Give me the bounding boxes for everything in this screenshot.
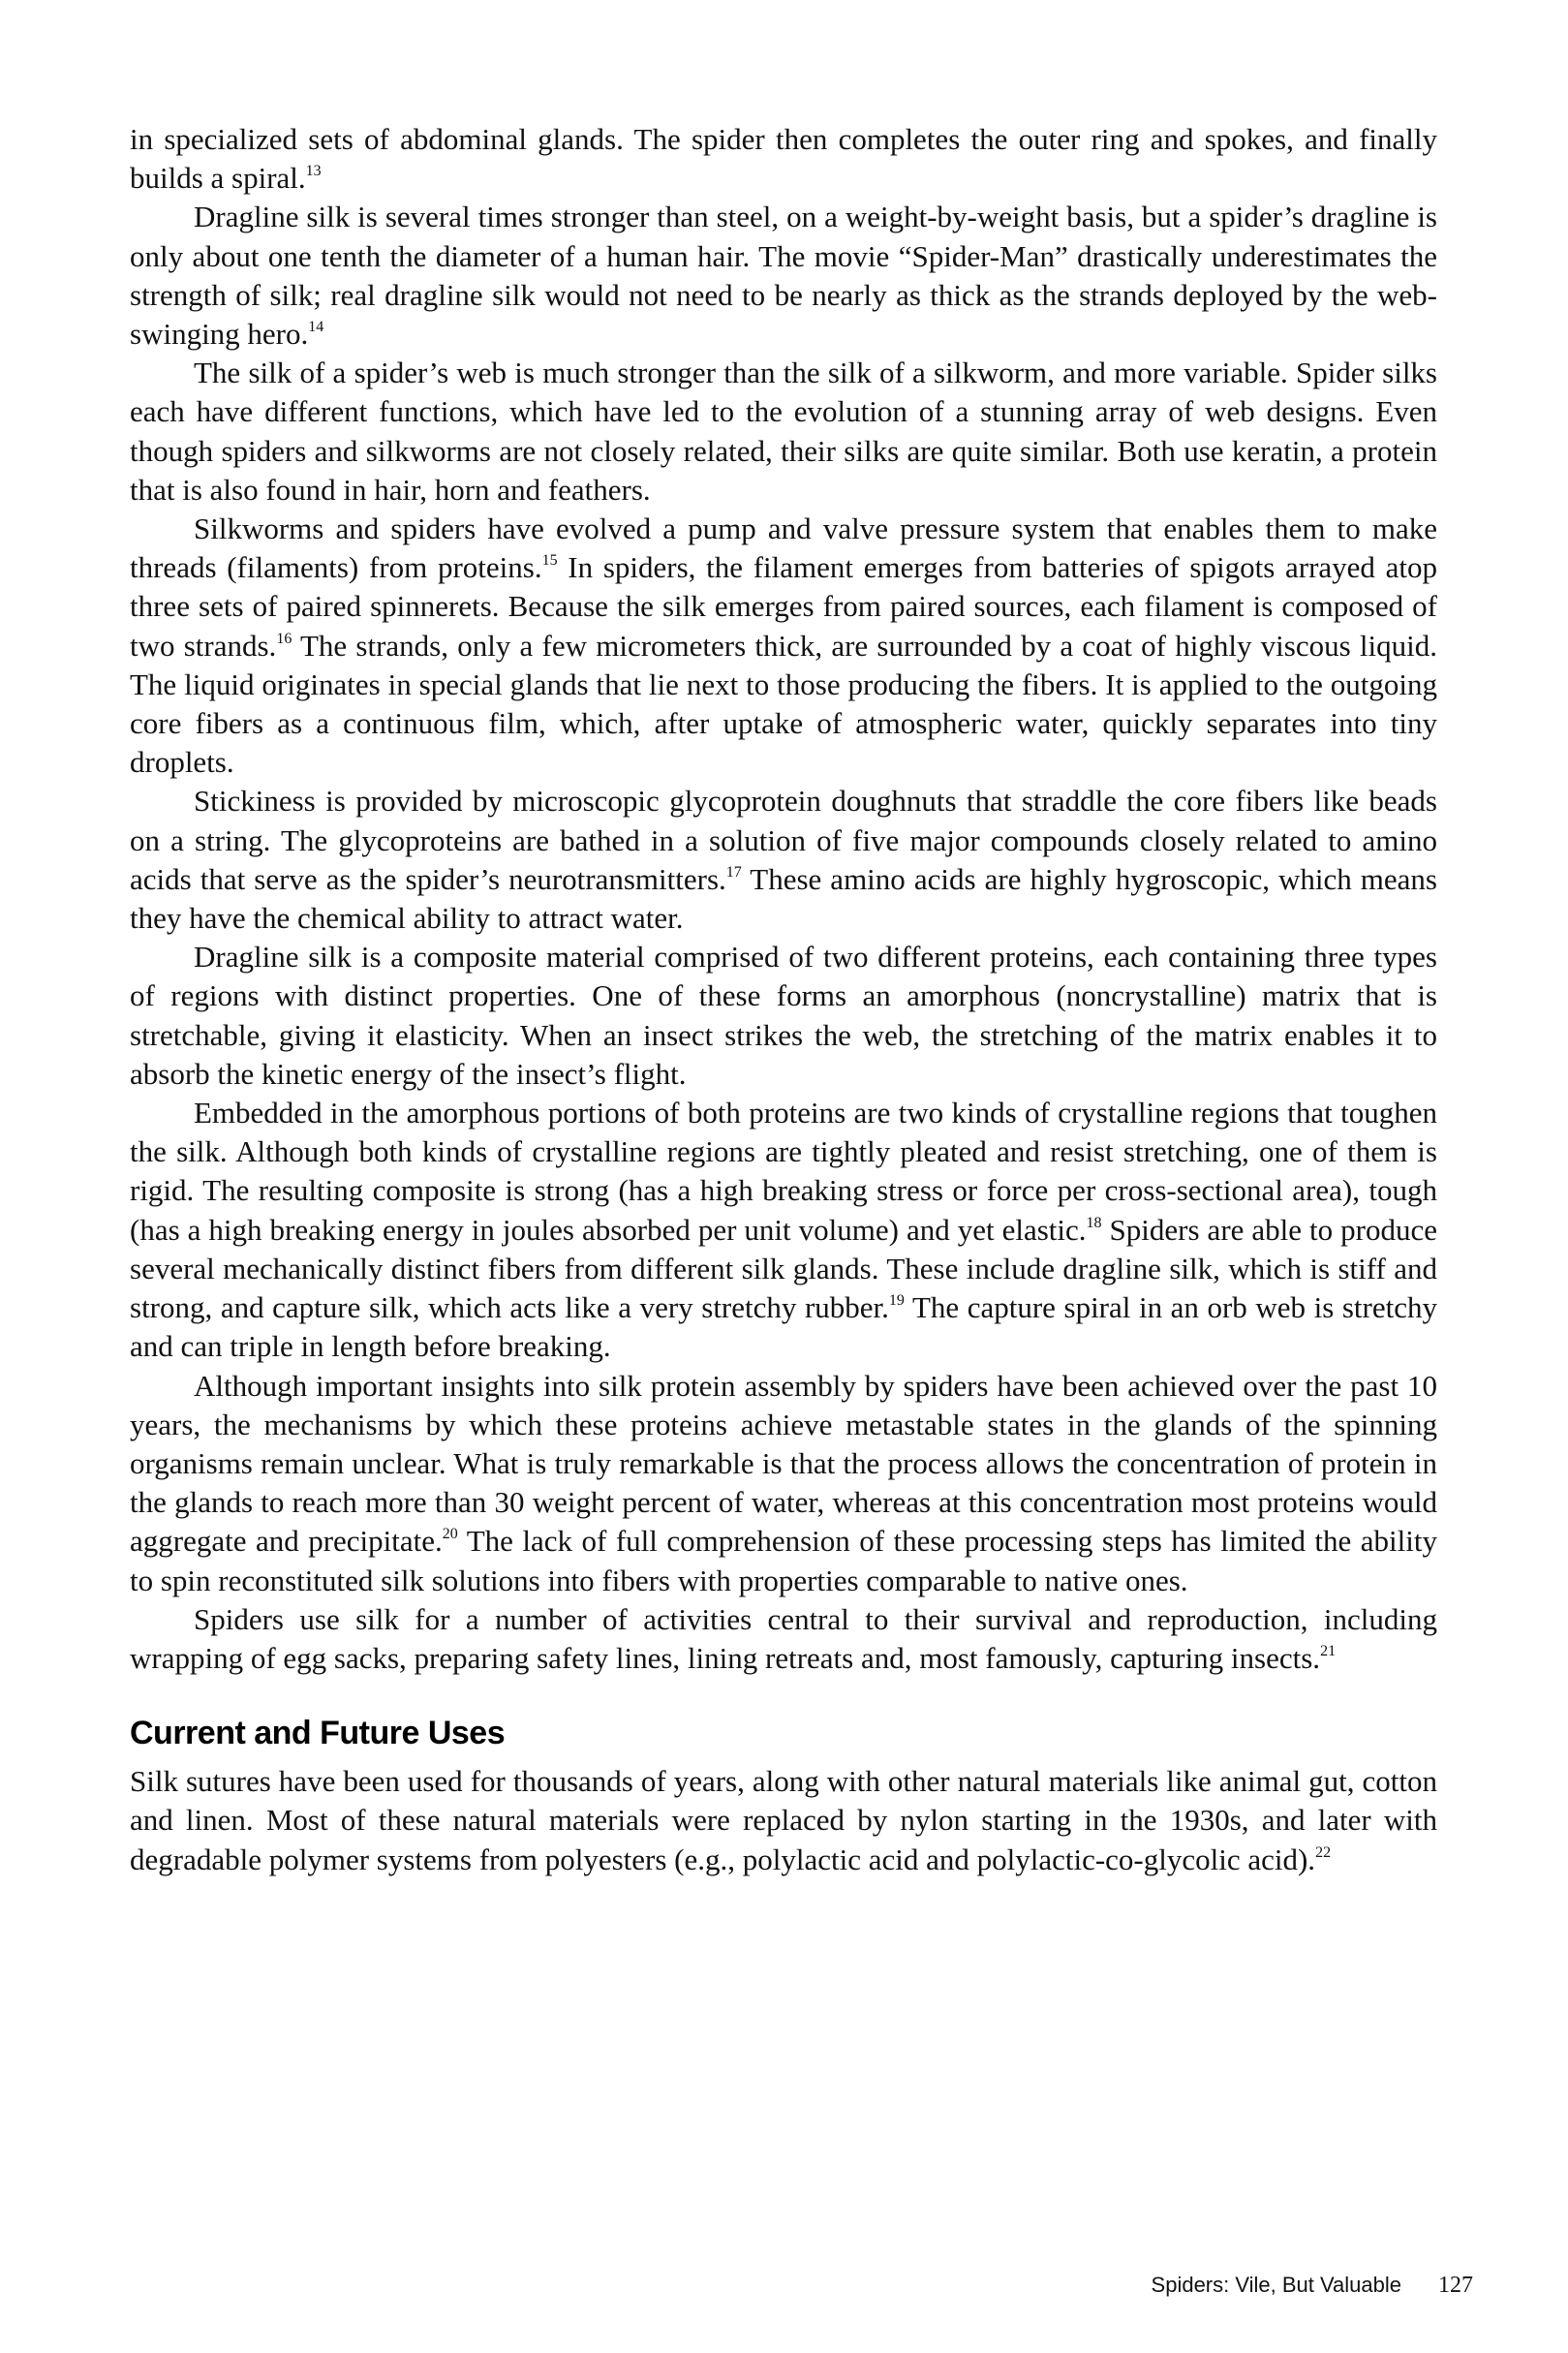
paragraph: Embedded in the amorphous portions of bo… (130, 1094, 1437, 1366)
paragraph: Dragline silk is a composite material co… (130, 938, 1437, 1094)
running-title: Spiders: Vile, But Valuable (1152, 2273, 1401, 2298)
paragraph: Dragline silk is several times stronger … (130, 198, 1437, 354)
paragraph: Spiders use silk for a number of activit… (130, 1600, 1437, 1678)
paragraph: Silkworms and spiders have evolved a pum… (130, 510, 1437, 782)
body-paragraphs: in specialized sets of abdominal glands.… (130, 120, 1437, 1678)
paragraph: Although important insights into silk pr… (130, 1367, 1437, 1600)
paragraph: Stickiness is provided by microscopic gl… (130, 782, 1437, 938)
footnote-ref: 22 (1315, 1844, 1331, 1861)
section-heading: Current and Future Uses (130, 1715, 1437, 1752)
footnote-ref: 16 (276, 631, 292, 647)
page-body: in specialized sets of abdominal glands.… (130, 120, 1437, 1879)
paragraph: The silk of a spider’s web is much stron… (130, 354, 1437, 510)
footnote-ref: 13 (306, 163, 322, 179)
page-footer: Spiders: Vile, But Valuable 127 (1152, 2273, 1473, 2299)
section-paragraphs: Silk sutures have been used for thousand… (130, 1762, 1437, 1879)
footnote-ref: 14 (308, 319, 323, 335)
footnote-ref: 19 (889, 1292, 905, 1309)
footnote-ref: 21 (1320, 1643, 1336, 1659)
footnote-ref: 17 (726, 864, 742, 881)
footnote-ref: 15 (542, 552, 558, 569)
paragraph: Silk sutures have been used for thousand… (130, 1762, 1437, 1879)
paragraph: in specialized sets of abdominal glands.… (130, 120, 1437, 198)
page-number: 127 (1438, 2273, 1473, 2299)
footnote-ref: 18 (1087, 1215, 1102, 1231)
footnote-ref: 20 (443, 1526, 458, 1542)
